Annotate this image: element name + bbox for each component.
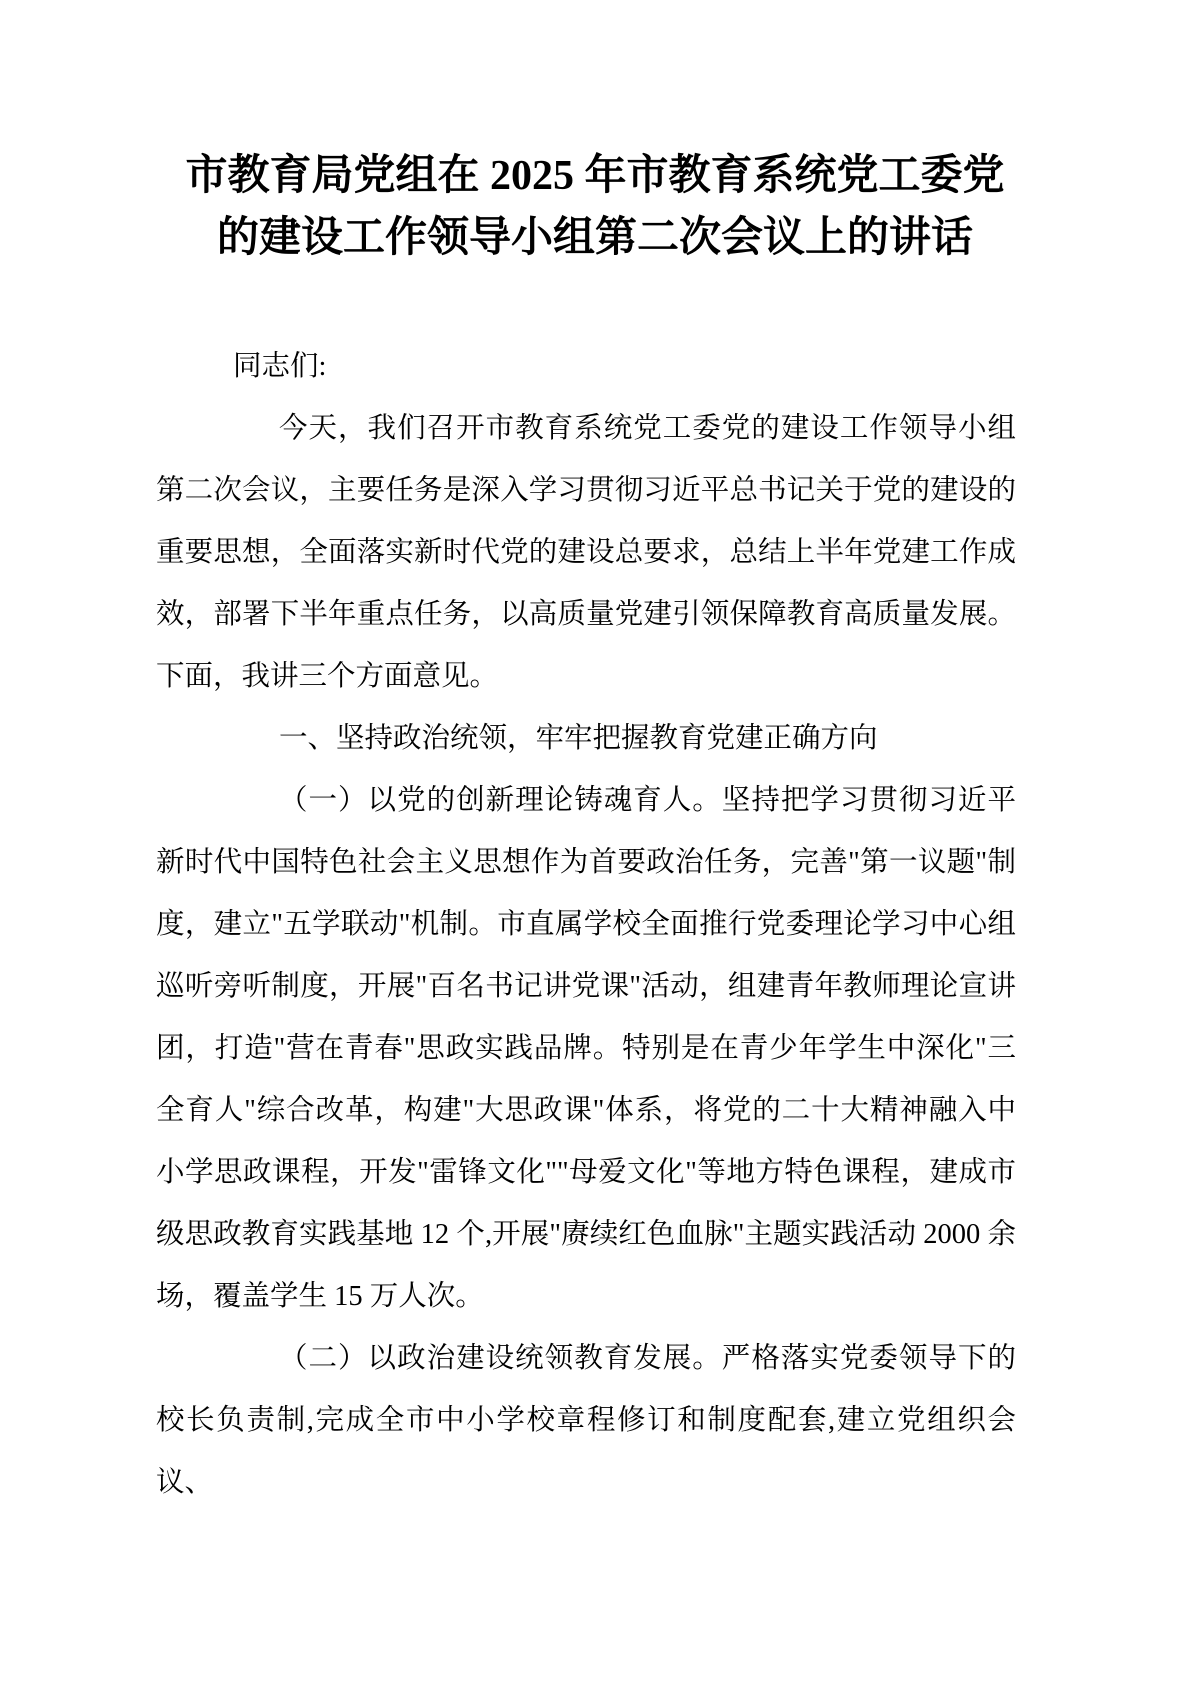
- greeting-paragraph: 同志们:: [156, 336, 1016, 398]
- document-title: 市教育局党组在 2025 年市教育系统党工委党的建设工作领导小组第二次会议上的讲…: [170, 145, 1020, 269]
- document-page: 市教育局党组在 2025 年市教育系统党工委党的建设工作领导小组第二次会议上的讲…: [0, 0, 1190, 1683]
- section-1-heading: 一、坚持政治统领，牢牢把握教育党建正确方向: [156, 708, 1016, 770]
- section-1-item-1-paragraph: （一）以党的创新理论铸魂育人。坚持把学习贯彻习近平新时代中国特色社会主义思想作为…: [156, 770, 1016, 1328]
- opening-paragraph: 今天，我们召开市教育系统党工委党的建设工作领导小组第二次会议，主要任务是深入学习…: [156, 398, 1016, 708]
- section-1-item-2-paragraph: （二）以政治建设统领教育发展。严格落实党委领导下的校长负责制,完成全市中小学校章…: [156, 1328, 1016, 1514]
- document-body: 同志们: 今天，我们召开市教育系统党工委党的建设工作领导小组第二次会议，主要任务…: [156, 336, 1016, 1514]
